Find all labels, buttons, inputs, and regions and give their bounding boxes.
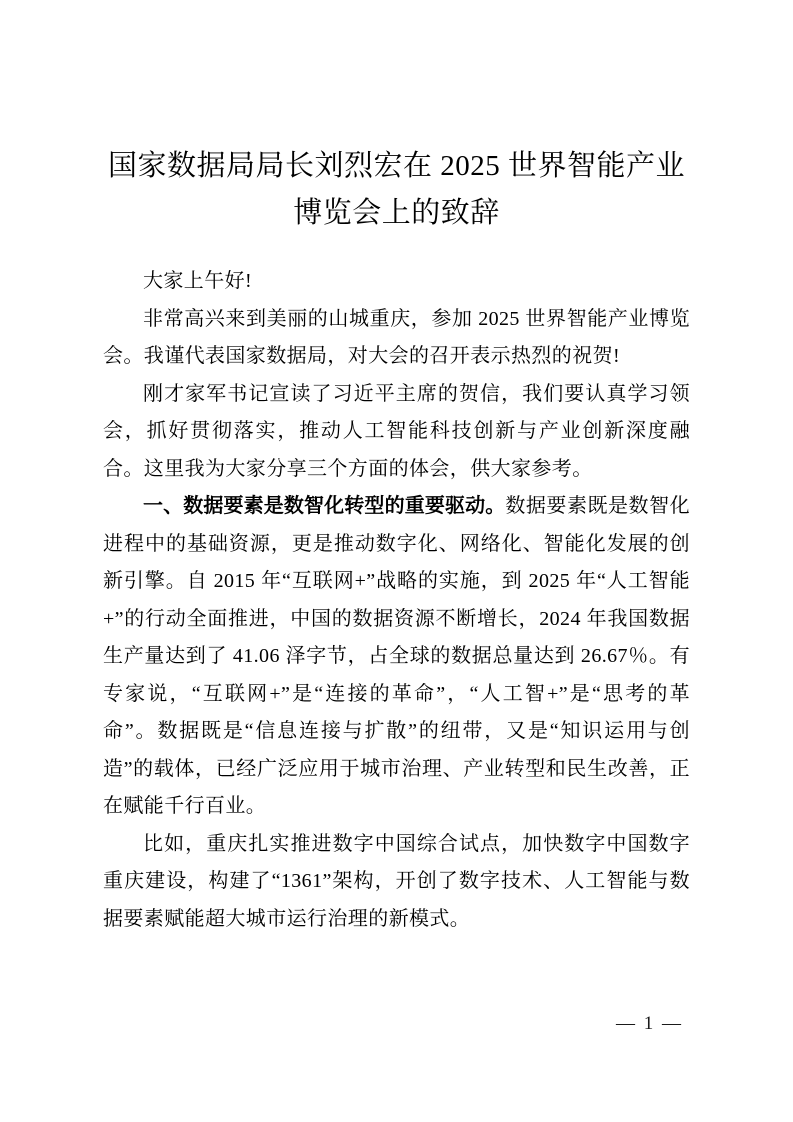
page-number: — 1 — bbox=[616, 1010, 683, 1038]
paragraph-congratulation: 刚才家军书记宣读了习近平主席的贺信，我们要认真学习领会，抓好贯彻落实，推动人工智… bbox=[103, 376, 690, 489]
document-title: 国家数据局局长刘烈宏在 2025 世界智能产业 博览会上的致辞 bbox=[103, 143, 690, 237]
paragraph-chongqing-example: 比如，重庆扎实推进数字中国综合试点，加快数字中国数字重庆建设，构建了“1361”… bbox=[103, 826, 690, 939]
paragraph-section-one: 一、数据要素是数智化转型的重要驱动。数据要素既是数智化进程中的基础资源，更是推动… bbox=[103, 488, 690, 826]
paragraph-opening: 非常高兴来到美丽的山城重庆，参加 2025 世界智能产业博览会。我谨代表国家数据… bbox=[103, 301, 690, 376]
paragraph-greeting: 大家上午好! bbox=[103, 263, 690, 301]
title-line-1: 国家数据局局长刘烈宏在 2025 世界智能产业 bbox=[103, 143, 690, 190]
title-line-2: 博览会上的致辞 bbox=[103, 190, 690, 237]
section-one-text: 数据要素既是数智化进程中的基础资源，更是推动数字化、网络化、智能化发展的创新引擎… bbox=[103, 495, 690, 817]
document-body: 大家上午好! 非常高兴来到美丽的山城重庆，参加 2025 世界智能产业博览会。我… bbox=[103, 263, 690, 938]
document-page: 国家数据局局长刘烈宏在 2025 世界智能产业 博览会上的致辞 大家上午好! 非… bbox=[0, 0, 793, 1122]
section-one-heading: 一、数据要素是数智化转型的重要驱动。 bbox=[143, 495, 505, 517]
document-content: 国家数据局局长刘烈宏在 2025 世界智能产业 博览会上的致辞 大家上午好! 非… bbox=[103, 143, 690, 938]
